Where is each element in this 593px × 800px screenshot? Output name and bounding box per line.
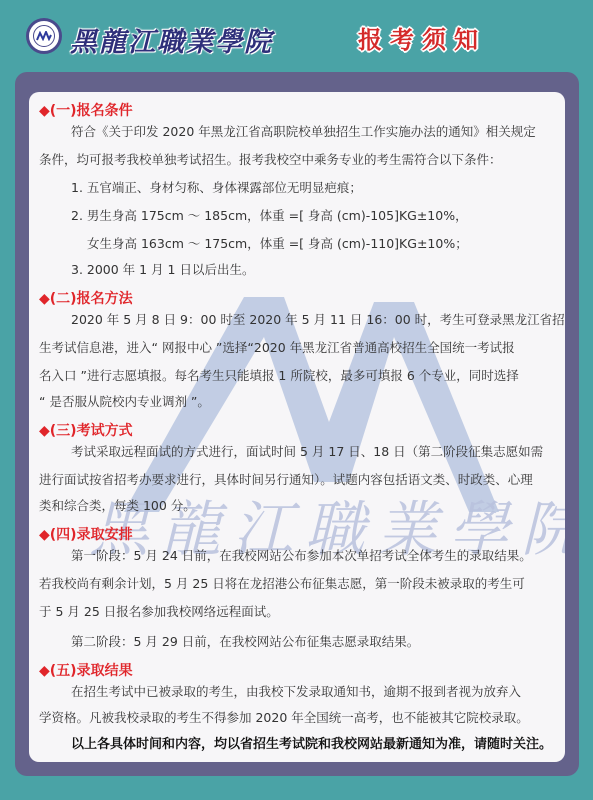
paragraph-line: 于 5 月 25 日报名参加我校网络远程面试。: [39, 599, 539, 625]
section-title-registration: ◆(二)报名方法: [39, 288, 133, 308]
paragraph-line: 名入口 ”进行志愿填报。每名考生只能填报 1 所院校，最多可填报 6 个专业，同…: [39, 363, 539, 389]
paragraph-line: 3. 2000 年 1 月 1 日以后出生。: [71, 257, 565, 283]
paragraph-line: 考试采取远程面试的方式进行，面试时间 5 月 17 日、18 日（第二阶段征集志…: [71, 439, 565, 465]
paragraph-line: 女生身高 163cm ～ 175cm，体重 =[ 身高 (cm)-110]KG±…: [87, 231, 565, 257]
paragraph-line: 条件，均可报考我校单独考试招生。报考我校空中乘务专业的考生需符合以下条件：: [39, 147, 539, 173]
paragraph-line: 类和综合类，每类 100 分。: [39, 493, 539, 519]
section-title-admission-results: ◆(五)录取结果: [39, 660, 133, 680]
paragraph-line: 2. 男生身高 175cm ～ 185cm，体重 =[ 身高 (cm)-105]…: [71, 203, 565, 229]
paragraph-line: 生考试信息港，进入“ 网报中心 ”选择“2020 年黑龙江省普通高校招生全国统一…: [39, 335, 539, 361]
page-title: 报考须知: [358, 20, 486, 55]
school-name: 黑龍江職業學院: [70, 20, 273, 59]
paragraph-line: 2020 年 5 月 8 日 9：00 时至 2020 年 5 月 11 日 1…: [71, 307, 565, 333]
paragraph-line: “ 是否服从院校内专业调剂 ”。: [39, 389, 539, 415]
header: 黑龍江職業學院 报考须知: [0, 0, 593, 72]
footer-notice: 以上各具体时间和内容，均以省招生考试院和我校网站最新通知为准，请随时关注。: [71, 733, 552, 752]
section-title-exam-method: ◆(三)考试方式: [39, 420, 133, 440]
paragraph-line: 在招生考试中已被录取的考生，由我校下发录取通知书，逾期不报到者视为放弃入: [71, 679, 565, 705]
section-title-eligibility: ◆(一)报名条件: [39, 100, 133, 120]
section-title-admission-schedule: ◆(四)录取安排: [39, 524, 133, 544]
paragraph-line: 学资格。凡被我校录取的考生不得参加 2020 年全国统一高考，也不能被其它院校录…: [39, 705, 539, 731]
paragraph-line: 第二阶段：5 月 29 日前，在我校网站公布征集志愿录取结果。: [71, 629, 565, 655]
wave-logo-icon: [36, 31, 52, 41]
paragraph-line: 进行面试按省招考办要求进行，具体时间另行通知）。试题内容包括语文类、时政类、心理: [39, 467, 539, 493]
paragraph-line: 第一阶段：5 月 24 日前，在我校网站公布参加本次单招考试全体考生的录取结果。: [71, 543, 565, 569]
paragraph-line: 符合《关于印发 2020 年黑龙江省高职院校单独招生工作实施办法的通知》相关规定: [71, 119, 565, 145]
notice-card: 黑龍江職業學院 ◆(一)报名条件 符合《关于印发 2020 年黑龙江省高职院校单…: [29, 92, 565, 762]
school-logo-icon: [26, 18, 62, 54]
paragraph-line: 1. 五官端正、身材匀称、身体裸露部位无明显疤痕；: [71, 175, 565, 201]
paragraph-line: 若我校尚有剩余计划，5 月 25 日将在龙招港公布征集志愿，第一阶段未被录取的考…: [39, 571, 539, 597]
